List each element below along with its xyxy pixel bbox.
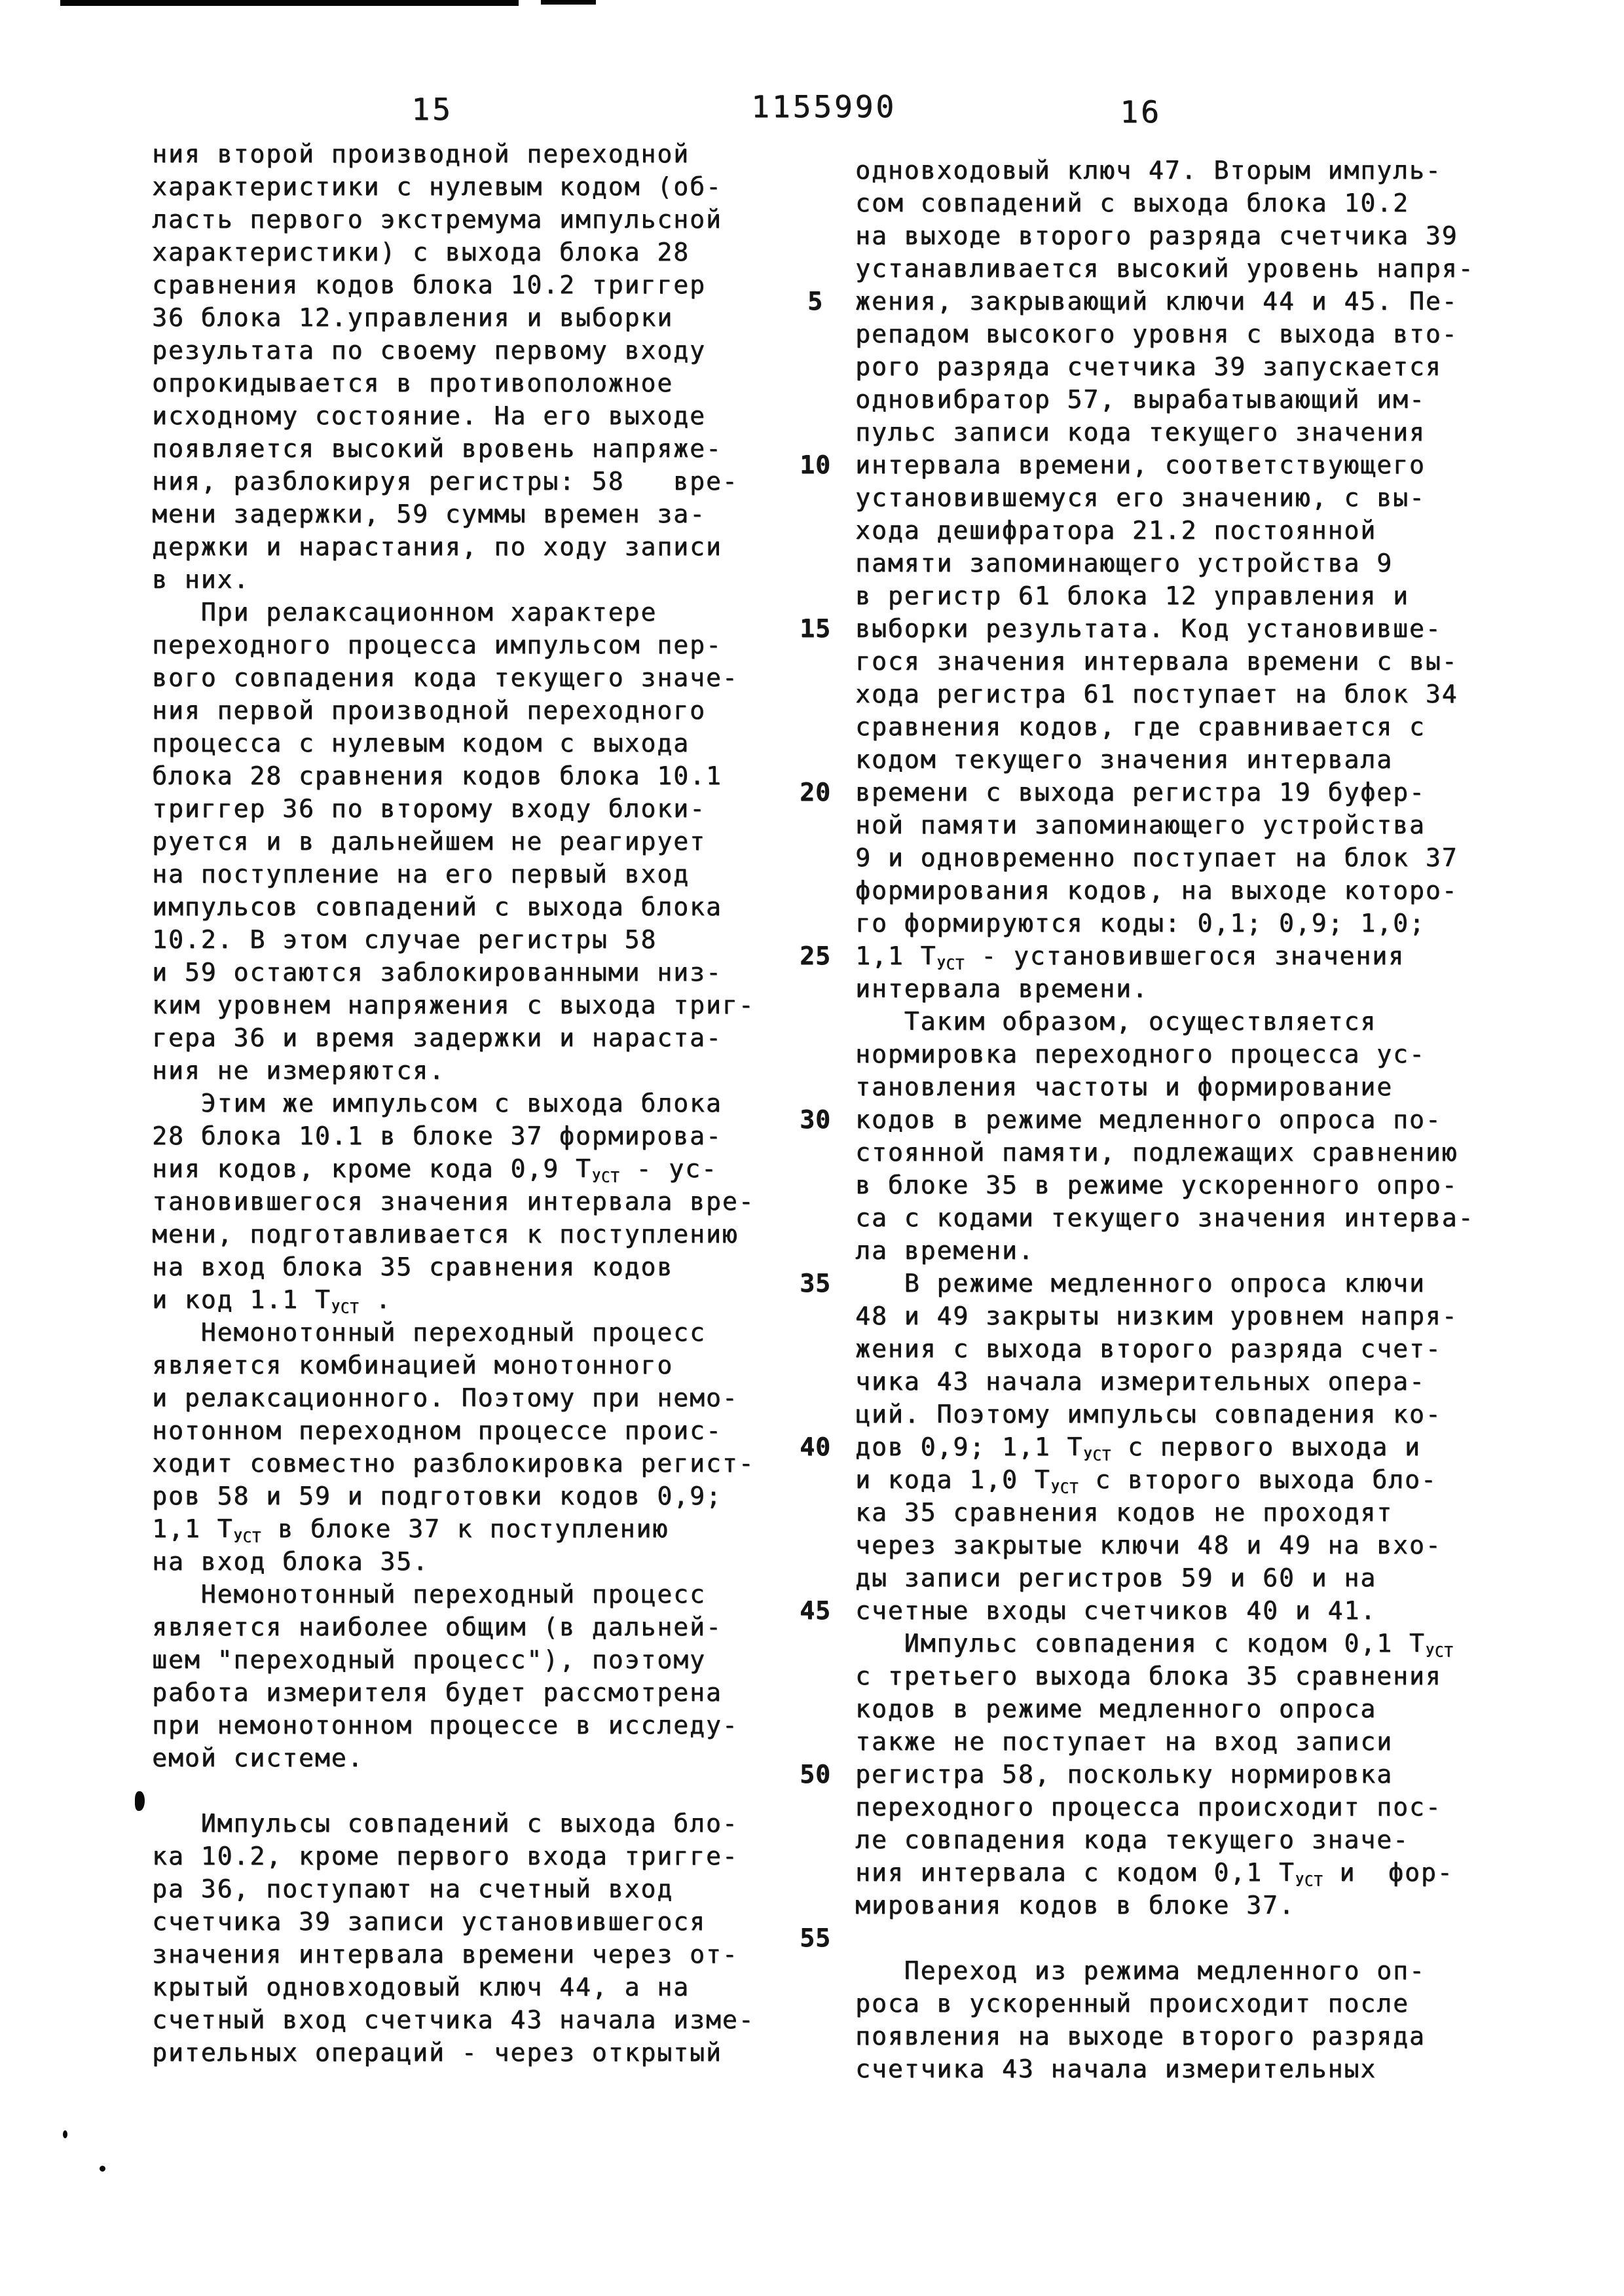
text-line: кодом текущего значения интервала [855,745,1504,778]
text-line: 48 и 49 закрыты низким уровнем напря- [855,1302,1504,1334]
text-line: значения интервала времени через от- [152,1940,774,1973]
text-line: жения с выхода второго разряда счет- [855,1334,1504,1367]
text-line: и 59 остаются заблокированными низ- [152,958,774,991]
text-line: тановления частоты и формирование [855,1072,1504,1105]
text-line: 9 и одновременно поступает на блок 37 [855,843,1504,876]
text-line: импульсов совпадений с выхода блока [152,892,774,925]
text-line: формирования кодов, на выходе которо- [855,876,1504,909]
text-line: триггер 36 по второму входу блоки- [152,794,774,827]
text-line: руется и в дальнейшем не реагирует [152,827,774,860]
patent-number: 1155990 [751,89,896,124]
text-line: ка 10.2, кроме первого входа тригге- [152,1842,774,1874]
text-line: ной памяти запоминающего устройства [855,811,1504,843]
gutter-line-number: 30 [776,1105,855,1134]
text-line: гося значения интервала времени с вы- [855,647,1504,680]
scan-edge-mark [541,0,596,5]
text-line: опрокидывается в противоположное [152,369,774,401]
text-line: рого разряда счетчика 39 запускается [855,352,1504,385]
gutter-line-number: 35 [776,1269,855,1298]
gutter-line-number: 40 [776,1432,855,1461]
text-line: чика 43 начала измерительных опера- [855,1367,1504,1400]
text-line: ния кодов, кроме кода 0,9 ТУСТ - ус- [152,1154,774,1187]
text-line: счетные входы счетчиков 40 и 41. [855,1596,1504,1629]
text-line: работа измерителя будет рассмотрена [152,1678,774,1711]
text-line: ким уровнем напряжения с выхода триг- [152,991,774,1023]
text-line: 36 блока 12.управления и выборки [152,303,774,336]
text-line: ла времени. [855,1236,1504,1269]
text-line: и релаксационного. Поэтому при немо- [152,1383,774,1416]
text-line: ния интервала с кодом 0,1 ТУСТ и фор- [855,1858,1504,1891]
text-line: интервала времени. [855,974,1504,1007]
text-line: гера 36 и время задержки и нараста- [152,1023,774,1056]
text-line: 28 блока 10.1 в блоке 37 формирова- [152,1121,774,1154]
gutter-line-number: 25 [776,941,855,970]
text-line: переходного процесса импульсом пер- [152,630,774,663]
text-line: хода регистра 61 поступает на блок 34 [855,680,1504,712]
text-line: В режиме медленного опроса ключи [855,1269,1504,1302]
text-line: ка 35 сравнения кодов не проходят [855,1498,1504,1531]
text-line: мирования кодов в блоке 37. [855,1891,1504,1923]
text-line: ле совпадения кода текущего значе- [855,1825,1504,1858]
gutter-line-number: 10 [776,450,855,479]
text-line: При релаксационном характере [152,598,774,630]
text-line: Импульс совпадения с кодом 0,1 ТУСТ [855,1629,1504,1662]
text-line: времени с выхода регистра 19 буфер- [855,778,1504,811]
text-line: Немонотонный переходный процесс [152,1318,774,1351]
text-line: хода дешифратора 21.2 постоянной [855,516,1504,549]
text-line [855,1923,1504,1956]
text-line: выборки результата. Код установивше- [855,614,1504,647]
text-line: на поступление на его первый вход [152,860,774,892]
text-line: дов 0,9; 1,1 ТУСТ с первого выхода и [855,1432,1504,1465]
text-line: процесса с нулевым кодом с выхода [152,729,774,761]
text-line: держки и нарастания, по ходу записи [152,532,774,565]
text-line: репадом высокого уровня с выхода вто- [855,319,1504,352]
text-line: Немонотонный переходный процесс [152,1580,774,1613]
text-line: счетчика 43 начала измерительных [855,2054,1504,2087]
text-line: крытый одновходовый ключ 44, а на [152,1973,774,2005]
text-line: интервала времени, соответствующего [855,450,1504,483]
text-line: при немонотонном процессе в исследу- [152,1711,774,1743]
text-line: памяти запоминающего устройства 9 [855,549,1504,581]
text-line: в регистр 61 блока 12 управления и [855,581,1504,614]
text-line: ния первой производной переходного [152,696,774,729]
text-line: мени, подготавливается к поступлению [152,1220,774,1252]
text-line: шем "переходный процесс"), поэтому [152,1645,774,1678]
text-line: устанавливается высокий уровень напря- [855,254,1504,287]
text-line: Переход из режима медленного оп- [855,1956,1504,1989]
right-text-column: одновходовый ключ 47. Вторым импуль-сом … [855,156,1504,2087]
text-line: исходному состояние. На его выходе [152,401,774,434]
text-line: ра 36, поступают на счетный вход [152,1874,774,1907]
text-line: ды записи регистров 59 и 60 и на [855,1563,1504,1596]
text-line: ходит совместно разблокировка регист- [152,1449,774,1482]
text-line: Импульсы совпадений с выхода бло- [152,1809,774,1842]
text-line: сравнения кодов блока 10.2 триггер [152,270,774,303]
text-line: счетчика 39 записи установившегося [152,1907,774,1940]
text-line: одновибратор 57, вырабатывающий им- [855,385,1504,418]
ink-mark [100,2166,105,2172]
gutter-line-number: 55 [776,1923,855,1952]
text-line: характеристики с нулевым кодом (об- [152,172,774,205]
text-line: нотонном переходном процессе проис- [152,1416,774,1449]
text-line: 1,1 ТУСТ - установившегося значения [855,941,1504,974]
text-line: роса в ускоренный происходит после [855,1989,1504,2022]
text-line: ния второй производной переходной [152,139,774,172]
patent-page: 15 1155990 16 ния второй производной пер… [0,0,1624,2296]
text-line: Таким образом, осуществляется [855,1007,1504,1040]
text-line: через закрытые ключи 48 и 49 на вхо- [855,1531,1504,1563]
text-line: емой системе. [152,1743,774,1776]
text-line: са с кодами текущего значения интерва- [855,1203,1504,1236]
text-line [152,1776,774,1809]
text-line: результата по своему первому входу [152,336,774,369]
text-line: мени задержки, 59 суммы времен за- [152,500,774,532]
gutter-line-number: 5 [776,287,855,316]
text-line: установившемуся его значению, с вы- [855,483,1504,516]
text-line: на вход блока 35. [152,1547,774,1580]
text-line: счетный вход счетчика 43 начала изме- [152,2005,774,2038]
text-line: жения, закрывающий ключи 44 и 45. Пе- [855,287,1504,319]
text-line: регистра 58, поскольку нормировка [855,1760,1504,1793]
text-line: ния, разблокируя регистры: 58 вре- [152,467,774,500]
text-line: и кода 1,0 ТУСТ с второго выхода бло- [855,1465,1504,1498]
text-line: ров 58 и 59 и подготовки кодов 0,9; [152,1482,774,1514]
text-line: появления на выходе второго разряда [855,2022,1504,2054]
text-line: блока 28 сравнения кодов блока 10.1 [152,761,774,794]
text-line: Этим же импульсом с выхода блока [152,1089,774,1121]
text-line: нормировка переходного процесса ус- [855,1040,1504,1072]
text-line: тановившегося значения интервала вре- [152,1187,774,1220]
text-line: является комбинацией монотонного [152,1351,774,1383]
text-line: является наиболее общим (в дальней- [152,1613,774,1645]
left-text-column: ния второй производной переходнойхаракте… [152,139,774,2071]
text-line: в блоке 35 в режиме ускоренного опро- [855,1171,1504,1203]
text-line: переходного процесса происходит пос- [855,1793,1504,1825]
text-line: появляется высокий вровень напряже- [152,434,774,467]
text-line: в них. [152,565,774,598]
text-line: кодов в режиме медленного опроса по- [855,1105,1504,1138]
text-line: на выходе второго разряда счетчика 39 [855,221,1504,254]
gutter-line-number: 50 [776,1760,855,1789]
text-line: сравнения кодов, где сравнивается с [855,712,1504,745]
text-line: кодов в режиме медленного опроса [855,1694,1504,1727]
text-line: ния не измеряются. [152,1056,774,1089]
scan-edge-mark [60,0,519,6]
ink-mark [135,1791,145,1811]
text-line: 10.2. В этом случае регистры 58 [152,925,774,958]
text-line: 1,1 ТУСТ в блоке 37 к поступлению [152,1514,774,1547]
text-line: на вход блока 35 сравнения кодов [152,1252,774,1285]
gutter-line-number: 15 [776,614,855,643]
text-line: рительных операций - через открытый [152,2038,774,2071]
text-line: стоянной памяти, подлежащих сравнению [855,1138,1504,1171]
text-line: характеристики) с выхода блока 28 [152,238,774,270]
text-line: сом совпадений с выхода блока 10.2 [855,189,1504,221]
text-line: го формируются коды: 0,1; 0,9; 1,0; [855,909,1504,941]
text-line: также не поступает на вход записи [855,1727,1504,1760]
text-line: ций. Поэтому импульсы совпадения ко- [855,1400,1504,1432]
text-line: и код 1.1 ТУСТ . [152,1285,774,1318]
page-number-left: 15 [411,92,452,127]
text-line: пульс записи кода текущего значения [855,418,1504,450]
text-line: одновходовый ключ 47. Вторым импуль- [855,156,1504,189]
text-line: ласть первого экстремума импульсной [152,205,774,238]
text-line: с третьего выхода блока 35 сравнения [855,1662,1504,1694]
ink-mark [63,2130,67,2138]
gutter-line-number: 45 [776,1596,855,1625]
text-line: вого совпадения кода текущего значе- [152,663,774,696]
page-number-right: 16 [1120,94,1161,130]
gutter-line-number: 20 [776,778,855,807]
